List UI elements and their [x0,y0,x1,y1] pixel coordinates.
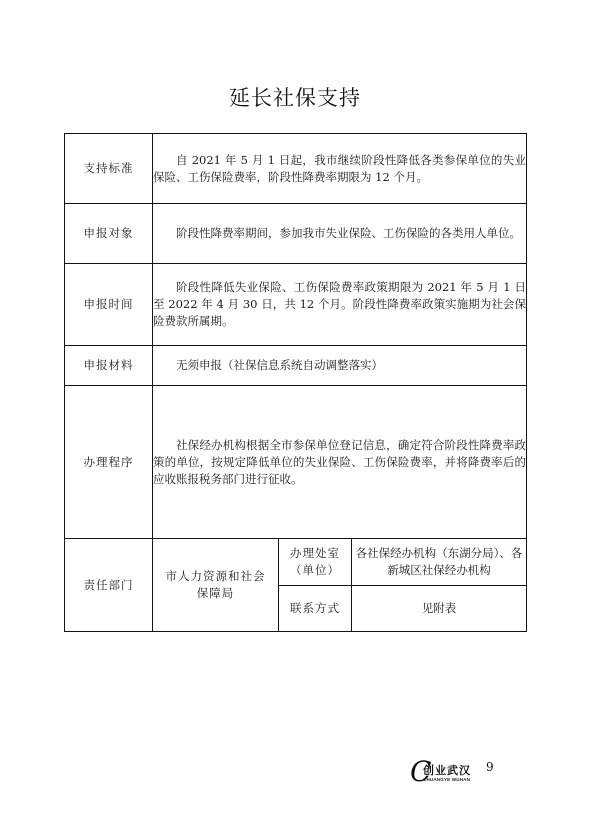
content-materials: 无须申报（社保信息系统自动调整落实） [153,357,526,374]
row-procedure: 办理程序 社保经办机构根据全市参保单位登记信息，确定符合阶段性降费率政策的单位，… [65,386,527,539]
logo-text: 创业武汉 [423,762,471,778]
label-materials: 申报材料 [65,346,153,386]
row-support-standard: 支持标准 自 2021 年 5 月 1 日起，我市继续阶段性降低各类参保单位的失… [65,134,527,204]
contact-label: 联系方式 [279,586,352,632]
office-value: 各社保经办机构（东湖分局）、各新城区社保经办机构 [352,539,527,586]
content-support-standard: 自 2021 年 5 月 1 日起，我市继续阶段性降低各类参保单位的失业保险、工… [153,152,526,186]
page-number: 9 [486,760,494,774]
page-title: 延长社保支持 [0,82,590,112]
content-procedure: 社保经办机构根据全市参保单位登记信息，确定符合阶段性降费率政策的单位，按规定降低… [153,437,526,488]
row-materials: 申报材料 无须申报（社保信息系统自动调整落实） [65,346,527,386]
row-applicant: 申报对象 阶段性降费率期间，参加我市失业保险、工伤保险的各类用人单位。 [65,204,527,264]
content-applicant: 阶段性降费率期间，参加我市失业保险、工伤保险的各类用人单位。 [153,225,526,242]
row-application-time: 申报时间 阶段性降低失业保险、工伤保险费率政策期限为 2021 年 5 月 1 … [65,264,527,346]
chuangye-wuhan-logo: C 创业武汉 CHUANGYE WUHAN [410,758,468,788]
responsible-department: 市人力资源和社会保障局 [153,539,279,632]
logo-subtext: CHUANGYE WUHAN [423,777,470,782]
row-responsible-top: 责任部门 市人力资源和社会保障局 办理处室（单位） 各社保经办机构（东湖分局）、… [65,539,527,586]
label-support-standard: 支持标准 [65,134,153,204]
policy-table: 支持标准 自 2021 年 5 月 1 日起，我市继续阶段性降低各类参保单位的失… [64,133,527,632]
label-applicant: 申报对象 [65,204,153,264]
contact-value: 见附表 [352,586,527,632]
label-procedure: 办理程序 [65,386,153,539]
label-responsible: 责任部门 [65,539,153,632]
label-application-time: 申报时间 [65,264,153,346]
content-application-time: 阶段性降低失业保险、工伤保险费率政策期限为 2021 年 5 月 1 日至 20… [153,279,526,330]
office-label: 办理处室（单位） [279,539,352,586]
